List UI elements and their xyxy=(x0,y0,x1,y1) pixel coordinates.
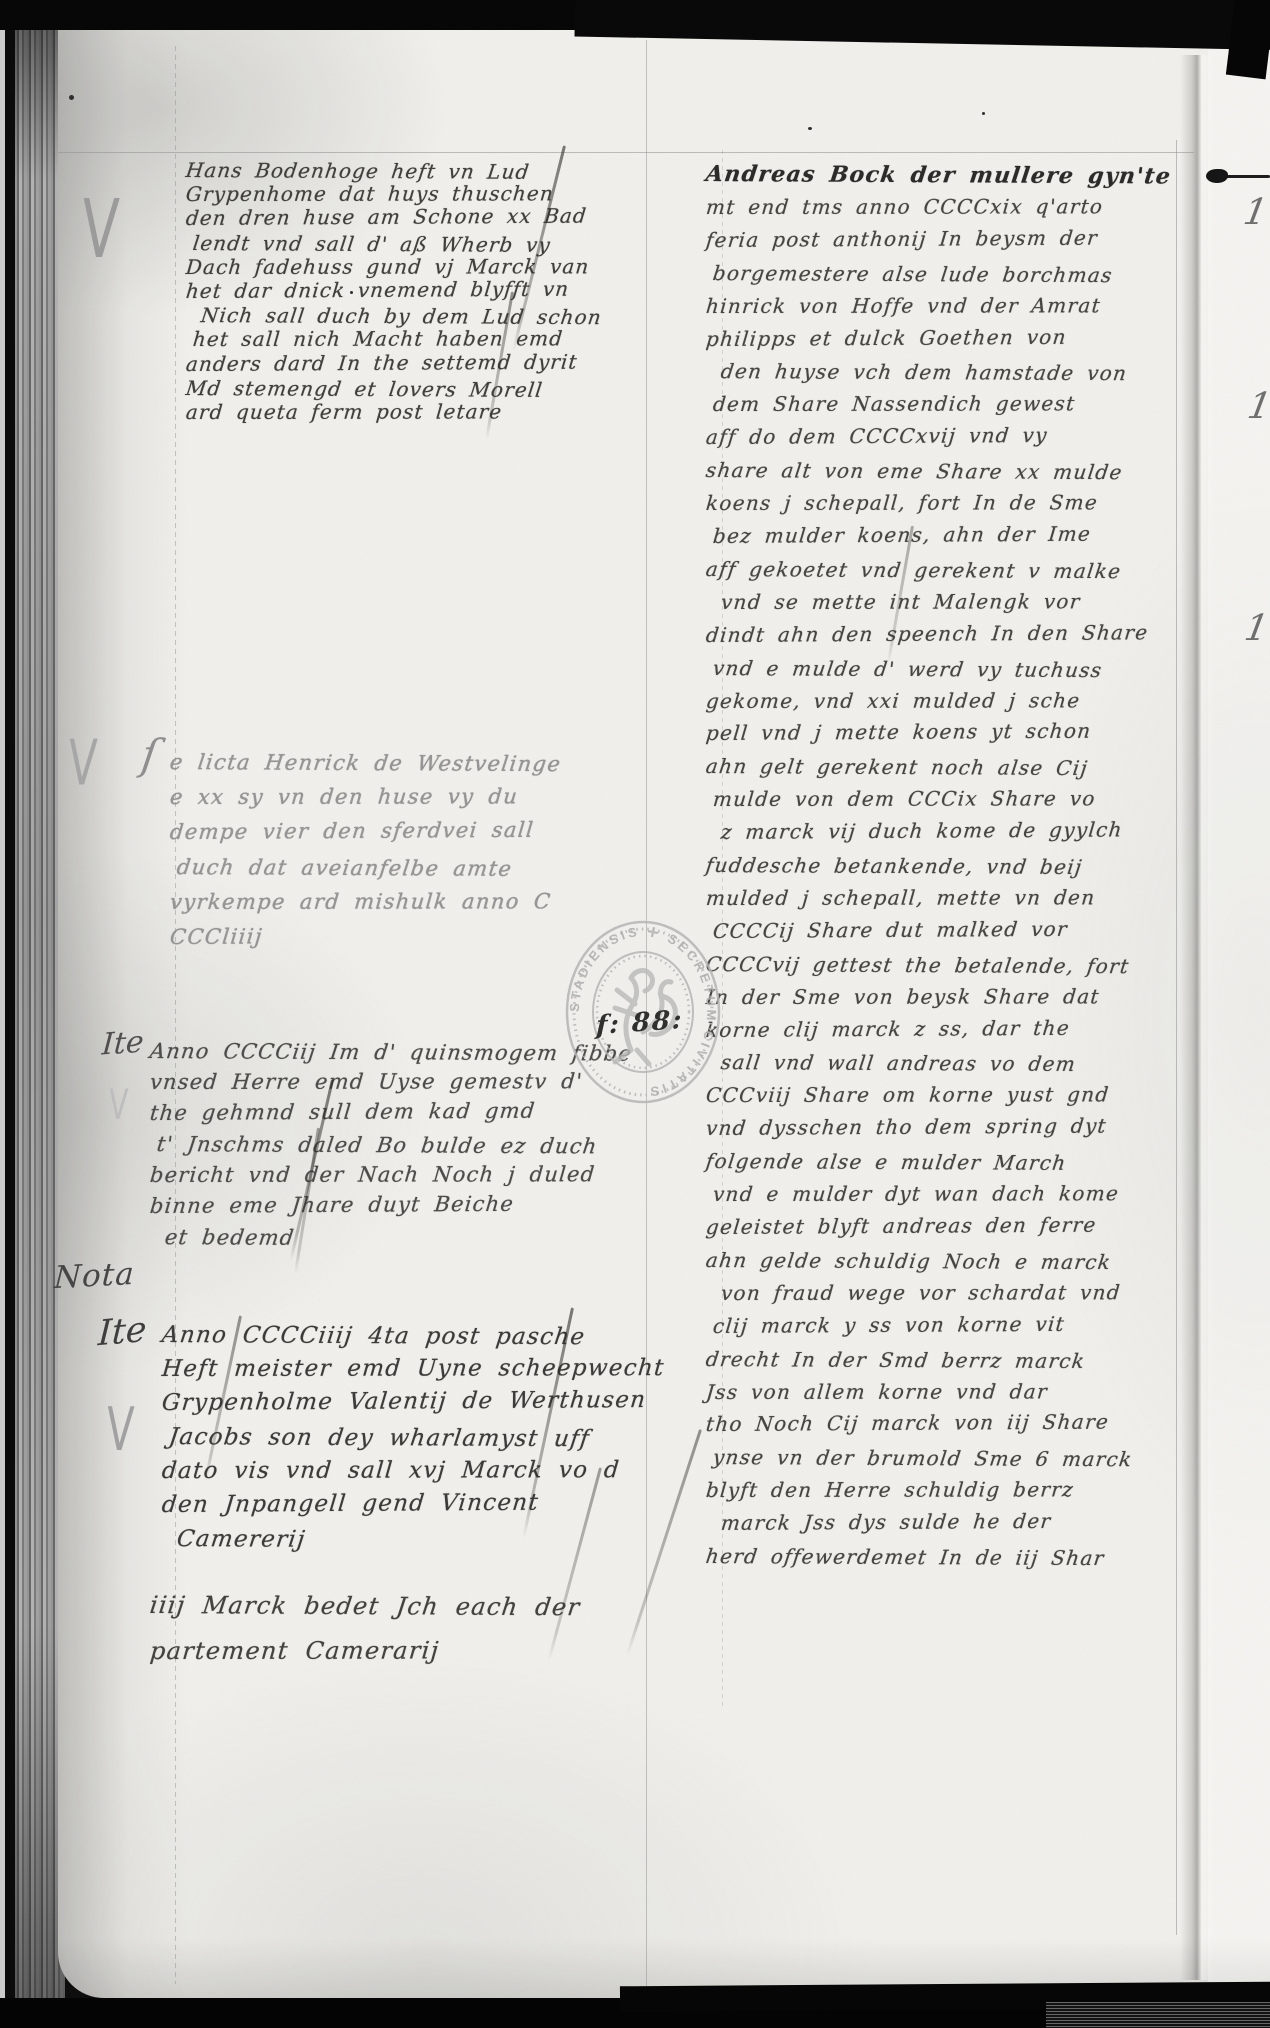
manuscript-line: e licta Henrick de Westvelinge xyxy=(168,745,642,782)
manuscript-line: share alt von eme Share xx mulde xyxy=(704,454,1174,489)
manuscript-line: het dar dnick vnemend blyfft vn xyxy=(185,276,647,303)
margin-checkmark: V xyxy=(67,726,99,800)
manuscript-line: aff gekoetet vnd gerekent v malke xyxy=(704,553,1174,588)
manuscript-line: t' Jnschms daled Bo bulde ez duch xyxy=(148,1129,642,1163)
manuscript-line: vnd dysschen tho dem spring dyt xyxy=(704,1109,1173,1145)
manuscript-line: ynse vn der brumold Sme 6 marck xyxy=(704,1441,1174,1476)
manuscript-line: dindt ahn den speench In den Share xyxy=(704,616,1173,652)
ink-blob xyxy=(1206,169,1228,183)
ink-speck xyxy=(350,291,353,294)
manuscript-line: feria post anthonij In beysm der xyxy=(704,221,1173,257)
margin-checkmark: V xyxy=(108,1080,129,1130)
manuscript-line: korne clij marck z ss, dar the xyxy=(704,1011,1173,1047)
manuscript-line: tho Noch Cij marck von iij Share xyxy=(704,1406,1173,1442)
manuscript-line: In der Sme von beysk Share dat xyxy=(705,980,1174,1014)
manuscript-line: ahn gelde schuldig Noch e marck xyxy=(704,1244,1174,1279)
manuscript-line: clij marck y ss von korne vit xyxy=(704,1307,1173,1343)
manuscript-line: het sall nich Macht haben emd xyxy=(185,327,647,352)
margin-item-mark: Ite xyxy=(97,1310,148,1355)
fore-edge-margin xyxy=(1208,42,1270,1987)
manuscript-line: Jacobs son dey wharlamyst uff xyxy=(160,1420,664,1457)
manuscript-line: Dach fadehuss gund vj Marck van xyxy=(185,254,647,279)
manuscript-line: dato vis vnd sall xvj Marck vo d xyxy=(161,1453,664,1488)
book-bottom-page-edges xyxy=(1046,2002,1270,2028)
manuscript-line: bericht vnd der Nach Noch j duled xyxy=(149,1159,642,1191)
manuscript-line: hinrick von Hoffe vnd der Amrat xyxy=(705,289,1174,323)
manuscript-line: lendt vnd sall d' aß Wherb vy xyxy=(184,231,647,258)
manuscript-line: den dren huse am Schone xx Bad xyxy=(185,204,647,231)
left-column-entry-1: Hans Bodenhoge heft vn LudGrypenhome dat… xyxy=(186,158,646,424)
manuscript-line: marck Jss dys sulde he der xyxy=(704,1504,1173,1540)
margin-checkmark: V xyxy=(80,182,121,277)
ink-speck xyxy=(69,95,74,100)
manuscript-line: dempe vier den sferdvei sall xyxy=(168,812,641,850)
margin-checkmark: V xyxy=(105,1396,136,1465)
manuscript-line: anders dard In the settemd dyrit xyxy=(185,349,647,376)
manuscript-line: binne eme Jhare duyt Beiche xyxy=(148,1188,641,1222)
manuscript-line: CCCCij Share dut malked vor xyxy=(704,912,1173,948)
manuscript-line: duch dat aveianfelbe amte xyxy=(168,850,642,887)
manuscript-line: bez mulder koens, ahn der Ime xyxy=(704,517,1173,553)
ink-speck xyxy=(808,127,812,130)
folio-number-annotation: f: 88: xyxy=(596,1005,684,1041)
manuscript-line: dem Share Nassendich gewest xyxy=(705,388,1174,422)
manuscript-line: partement Camerarij xyxy=(148,1627,632,1674)
manuscript-line: ahn gelt gerekent noch alse Cij xyxy=(704,750,1174,785)
manuscript-line: CCCCvij gettest the betalende, fort xyxy=(704,948,1174,983)
manuscript-line: mulded j schepall, mette vn den xyxy=(705,881,1174,915)
manuscript-line: vnd e mulder dyt wan dach kome xyxy=(705,1177,1174,1211)
margin-item-mark: Ite xyxy=(101,1024,145,1062)
manuscript-line: Camererij xyxy=(160,1522,664,1559)
manuscript-line: geleistet blyft andreas den ferre xyxy=(704,1208,1173,1244)
ruled-line-top xyxy=(58,152,1194,153)
ink-speck xyxy=(982,112,985,115)
manuscript-line: mulde von dem CCCix Share vo xyxy=(705,782,1174,816)
manuscript-line: mt end tms anno CCCCxix q'arto xyxy=(705,190,1174,224)
manuscript-line: herd offewerdemet In de iij Shar xyxy=(704,1540,1174,1575)
manuscript-line: Andreas Bock der mullere gyn'te xyxy=(704,158,1174,193)
manuscript-line: sall vnd wall andreas vo dem xyxy=(704,1046,1174,1081)
manuscript-line: drecht In der Smd berrz marck xyxy=(704,1343,1174,1378)
manuscript-line: von fraud wege vor schardat vnd xyxy=(705,1276,1174,1310)
manuscript-line: folgende alse e mulder March xyxy=(704,1145,1174,1180)
ruled-line-right-margin xyxy=(1176,140,1177,1935)
manuscript-line: CCCviij Share om korne yust gnd xyxy=(705,1079,1174,1113)
scan-corner-shadow xyxy=(1226,0,1270,79)
manuscript-line: vnd se mette int Malengk vor xyxy=(705,585,1174,619)
ruled-line-left-margin xyxy=(175,46,176,1984)
manuscript-line: fuddesche betankende, vnd beij xyxy=(704,849,1174,884)
manuscript-line: e xx sy vn den huse vy du xyxy=(168,779,641,815)
manuscript-line: Heft meister emd Uyne scheepwecht xyxy=(161,1351,664,1386)
manuscript-line: den huyse vch dem hamstade von xyxy=(704,355,1174,390)
manuscript-line: Grypenholme Valentij de Werthusen xyxy=(160,1383,663,1420)
manuscript-line: koens j schepall, fort In de Sme xyxy=(705,486,1174,520)
margin-nota-mark: Nota xyxy=(53,1256,136,1296)
manuscript-scan: { "stamp": { "legend": "STADIENSIS ✛ SEC… xyxy=(0,0,1270,2028)
manuscript-line: z marck vij duch kome de gyylch xyxy=(704,813,1173,849)
manuscript-line: et bedemd xyxy=(148,1222,642,1256)
manuscript-line: gekome, vnd xxi mulded j sche xyxy=(705,684,1174,718)
manuscript-line: vnd e mulde d' werd vy tuchuss xyxy=(704,652,1174,687)
manuscript-line: philipps et dulck Goethen von xyxy=(704,320,1173,356)
manuscript-line: pell vnd j mette koens yt schon xyxy=(704,715,1173,751)
manuscript-line: aff do dem CCCCxvij vnd vy xyxy=(704,418,1173,454)
manuscript-line: Jss von allem korne vnd dar xyxy=(705,1375,1174,1409)
manuscript-line: borgemestere alse lude borchmas xyxy=(704,257,1174,292)
manuscript-line: ard queta ferm post letare xyxy=(185,399,647,424)
manuscript-line: blyft den Herre schuldig berrz xyxy=(705,1473,1174,1507)
right-column-entry: Andreas Bock der mullere gyn'temt end tm… xyxy=(706,158,1172,1573)
